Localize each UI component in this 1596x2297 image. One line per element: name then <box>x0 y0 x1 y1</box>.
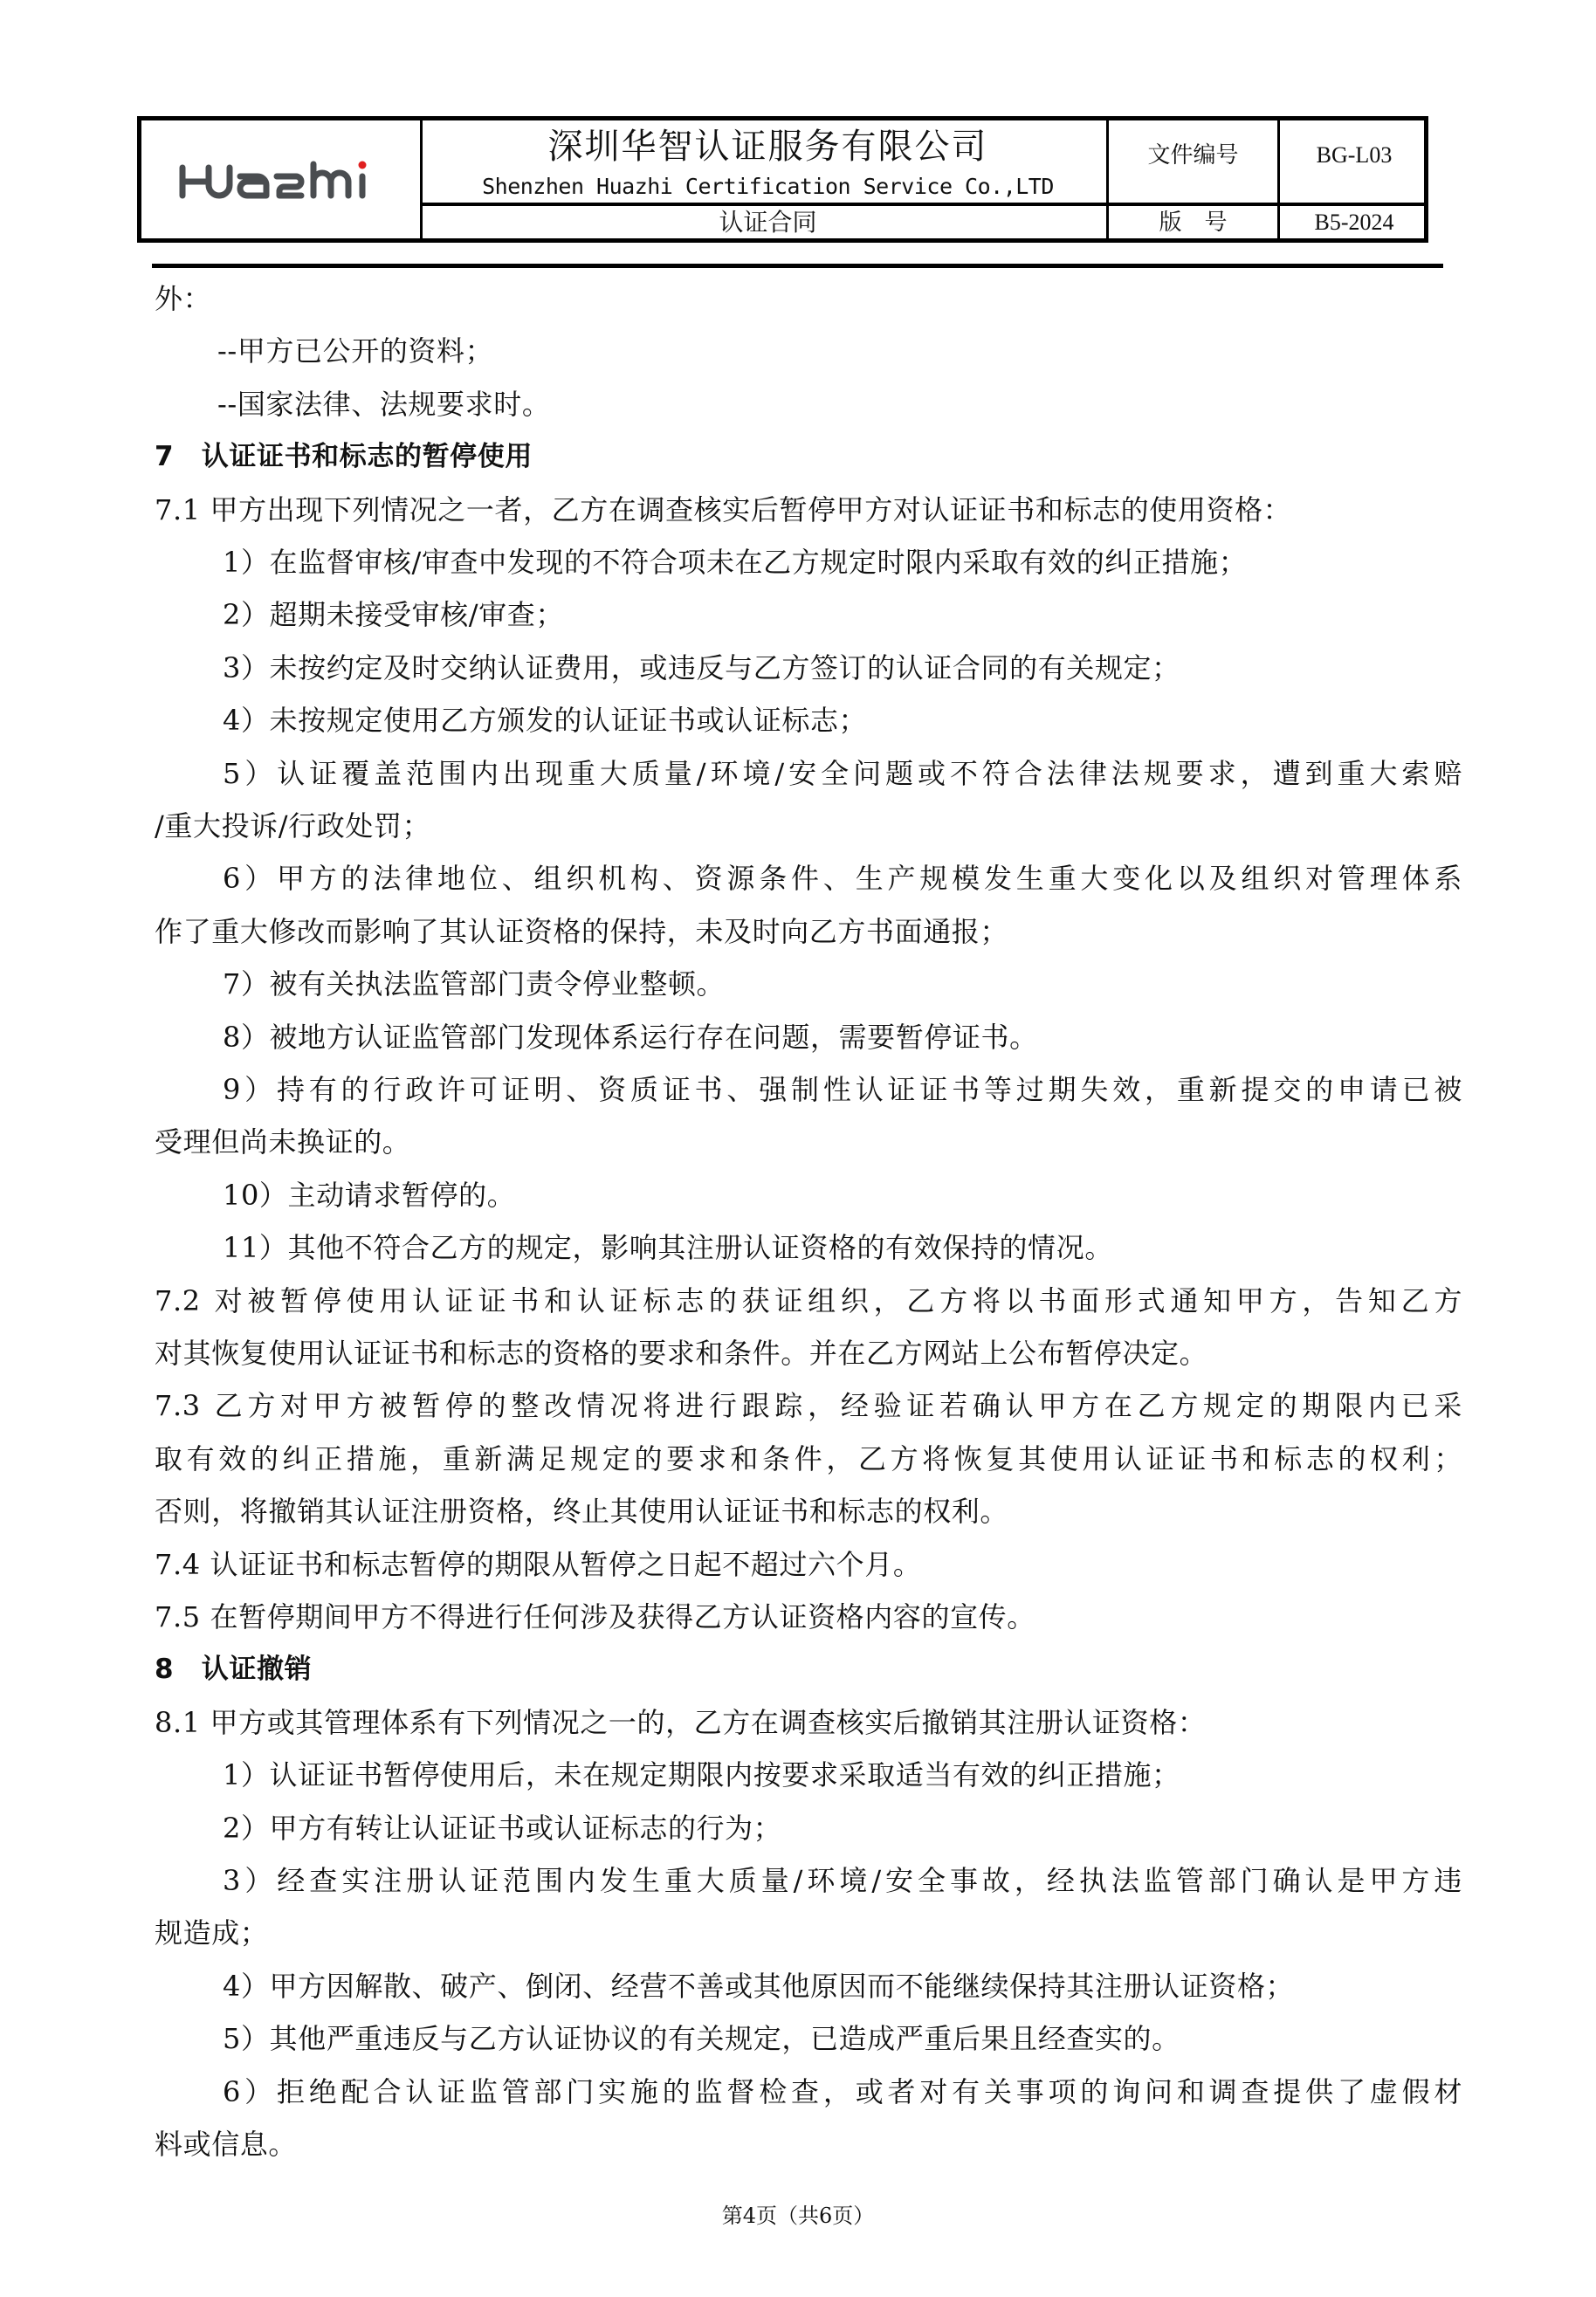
list-item: 1）在监督审核/审查中发现的不符合项未在乙方规定时限内采取有效的纠正措施； <box>223 536 1247 588</box>
clause-7-2: 7.2 对被暂停使用认证证书和认证标志的获证组织，乙方将以书面形式通知甲方，告知… <box>155 1275 1462 1327</box>
company-name-en: Shenzhen Huazhi Certification Service Co… <box>425 173 1111 201</box>
list-item: 2）超期未接受审核/审查； <box>223 588 564 641</box>
list-item: 3）经查实注册认证范围内发生重大质量/环境/安全事故，经执法监管部门确认是甲方违 <box>223 1854 1462 1907</box>
clause-7-3: 7.3 乙方对甲方被暂停的整改情况将进行跟踪，经验证若确认甲方在乙方规定的期限内… <box>155 1379 1462 1432</box>
file-number-label: 文件编号 <box>1109 138 1277 173</box>
document-header-table: 深圳华智认证服务有限公司 Shenzhen Huazhi Certificati… <box>137 116 1428 243</box>
huazhi-logo-icon <box>177 157 387 203</box>
section-heading-8: 8 认证撤销 <box>155 1643 312 1695</box>
text-line: 对其恢复使用认证证书和标志的资格的要求和条件。并在乙方网站上公布暂停决定。 <box>155 1327 1207 1379</box>
file-number-value: BG-L03 <box>1280 138 1428 173</box>
text-line: 取有效的纠正措施，重新满足规定的要求和条件，乙方将恢复其使用认证证书和标志的权利… <box>155 1433 1462 1485</box>
list-item: --国家法律、法规要求时。 <box>217 378 550 430</box>
company-name-cn: 深圳华智认证服务有限公司 <box>425 126 1111 168</box>
list-item: 7）被有关执法监管部门责令停业整顿。 <box>223 958 725 1010</box>
text-line: 料或信息。 <box>155 2118 297 2170</box>
version-value: B5-2024 <box>1280 206 1428 239</box>
text-line: 否则，将撤销其认证注册资格，终止其使用认证证书和标志的权利。 <box>155 1485 1008 1537</box>
company-logo <box>141 120 423 238</box>
version-label: 版 号 <box>1109 206 1277 239</box>
list-item: 3）未按约定及时交纳认证费用，或违反与乙方签订的认证合同的有关规定； <box>223 642 1180 694</box>
list-item: 10）主动请求暂停的。 <box>223 1169 515 1221</box>
list-item: 8）被地方认证监管部门发现体系运行存在问题，需要暂停证书。 <box>223 1011 1038 1063</box>
text-line: 受理但尚未换证的。 <box>155 1116 410 1168</box>
clause-8-1: 8.1 甲方或其管理体系有下列情况之一的，乙方在调查核实后撤销其注册认证资格： <box>155 1696 1206 1749</box>
list-item: 2）甲方有转让认证证书或认证标志的行为； <box>223 1802 781 1854</box>
text-line: /重大投诉/行政处罚； <box>155 800 430 852</box>
list-item: 4）甲方因解散、破产、倒闭、经营不善或其他原因而不能继续保持其注册认证资格； <box>223 1960 1294 2012</box>
clause-7-4: 7.4 认证证书和标志暂停的期限从暂停之日起不超过六个月。 <box>155 1538 921 1591</box>
list-item: 1）认证证书暂停使用后，未在规定期限内按要求采取适当有效的纠正措施； <box>223 1749 1180 1801</box>
list-item: 4）未按规定使用乙方颁发的认证证书或认证标志； <box>223 694 867 746</box>
list-item: 9）持有的行政许可证明、资质证书、强制性认证证书等过期失效，重新提交的申请已被 <box>223 1063 1462 1116</box>
text-line: 外： <box>155 272 211 325</box>
document-title: 认证合同 <box>425 205 1111 240</box>
list-item: 5）认证覆盖范围内出现重大质量/环境/安全问题或不符合法律法规要求，遭到重大索赔 <box>223 747 1462 800</box>
text-line: 作了重大修改而影响了其认证资格的保持，未及时向乙方书面通报； <box>155 905 1008 958</box>
clause-7-5: 7.5 在暂停期间甲方不得进行任何涉及获得乙方认证资格内容的宣传。 <box>155 1591 1035 1643</box>
text-line: 规造成； <box>155 1907 268 1959</box>
section-heading-7: 7 认证证书和标志的暂停使用 <box>155 430 533 483</box>
header-separator-rule <box>152 264 1443 268</box>
list-item: 11）其他不符合乙方的规定，影响其注册认证资格的有效保持的情况。 <box>223 1221 1113 1274</box>
list-item: 6）拒绝配合认证监管部门实施的监督检查，或者对有关事项的询问和调查提供了虚假材 <box>223 2066 1462 2118</box>
page-number: 第4页（共6页） <box>0 2202 1596 2230</box>
list-item: 5）其他严重违反与乙方认证协议的有关规定，已造成严重后果且经查实的。 <box>223 2012 1180 2065</box>
list-item: 6）甲方的法律地位、组织机构、资源条件、生产规模发生重大变化以及组织对管理体系 <box>223 852 1462 904</box>
clause-7-1: 7.1 甲方出现下列情况之一者，乙方在调查核实后暂停甲方对认证证书和标志的使用资… <box>155 484 1291 536</box>
list-item: --甲方已公开的资料； <box>217 325 493 377</box>
